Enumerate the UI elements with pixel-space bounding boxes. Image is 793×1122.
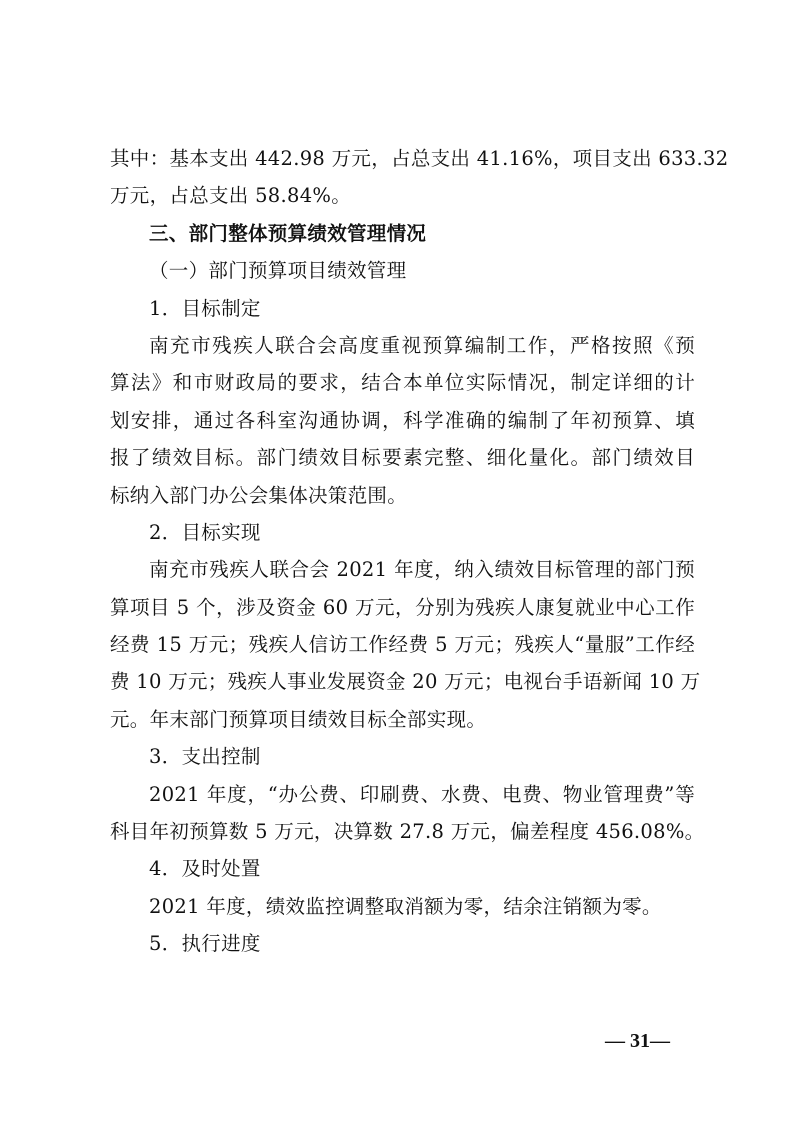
body-line: 元。年末部门预算项目绩效目标全部实现。 [110,701,695,738]
body-line: 其中：基本支出 442.98 万元，占总支出 41.16%，项目支出 633.3… [110,140,695,177]
body-line: 报了绩效目标。部门绩效目标要素完整、细化量化。部门绩效目 [110,439,695,476]
item-heading: 2．目标实现 [110,514,695,551]
body-line: 2021 年度，“办公费、印刷费、水费、电费、物业管理费”等 [110,776,695,813]
page-number: — 31— [605,1030,670,1053]
item-heading: 1．目标制定 [110,290,695,327]
body-line: 南充市残疾人联合会 2021 年度，纳入绩效目标管理的部门预 [110,551,695,588]
item-heading: 3．支出控制 [110,738,695,775]
body-line: 划安排，通过各科室沟通协调，科学准确的编制了年初预算、填 [110,402,695,439]
body-line: 科目年初预算数 5 万元，决算数 27.8 万元，偏差程度 456.08%。 [110,813,695,850]
body-line: 算法》和市财政局的要求，结合本单位实际情况，制定详细的计 [110,364,695,401]
body-line: 算项目 5 个，涉及资金 60 万元，分别为残疾人康复就业中心工作 [110,589,695,626]
body-line: 南充市残疾人联合会高度重视预算编制工作，严格按照《预 [110,327,695,364]
item-heading: 5．执行进度 [110,925,695,962]
subsection-heading: （一）部门预算项目绩效管理 [110,252,695,289]
body-line: 万元，占总支出 58.84%。 [110,177,695,214]
body-line: 2021 年度，绩效监控调整取消额为零，结余注销额为零。 [110,888,695,925]
document-page: 其中：基本支出 442.98 万元，占总支出 41.16%，项目支出 633.3… [110,140,695,963]
body-line: 标纳入部门办公会集体决策范围。 [110,477,695,514]
body-line: 费 10 万元；残疾人事业发展资金 20 万元；电视台手语新闻 10 万 [110,663,695,700]
body-line: 经费 15 万元；残疾人信访工作经费 5 万元；残疾人“量服”工作经 [110,626,695,663]
item-heading: 4．及时处置 [110,850,695,887]
section-heading: 三、部门整体预算绩效管理情况 [110,215,695,252]
